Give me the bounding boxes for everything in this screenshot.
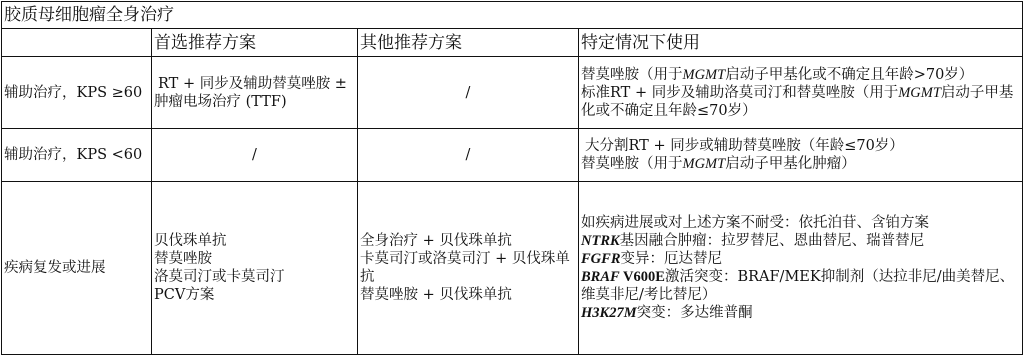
- gene-ntrk: NTRK: [581, 233, 620, 249]
- text: 启动子甲基化肿瘤）: [725, 156, 856, 172]
- gene-mgmt: MGMT: [898, 85, 941, 101]
- cell-specific: 如疾病进展或对上述方案不耐受：依托泊苷、含铂方案 NTRK基因融合肿瘤：拉罗替尼…: [579, 182, 1023, 355]
- gene-braf: BRAF: [581, 269, 620, 285]
- header-specific: 特定情况下使用: [579, 29, 1023, 57]
- header-condition: [2, 29, 152, 57]
- preferred-line: RT + 同步及辅助替莫唑胺 ±: [154, 75, 355, 93]
- cell-condition: 辅助治疗，KPS <60: [2, 129, 152, 182]
- text: 变异：厄达替尼: [621, 251, 723, 267]
- glioblastoma-systemic-therapy-table: 胶质母细胞瘤全身治疗 首选推荐方案 其他推荐方案 特定情况下使用 辅助治疗，KP…: [1, 1, 1023, 355]
- cell-other: /: [358, 129, 579, 182]
- text: 基因融合肿瘤：拉罗替尼、恩曲替尼、瑞普替尼: [620, 233, 925, 249]
- preferred-line: 贝伐珠单抗: [154, 232, 355, 250]
- table-title-row: 胶质母细胞瘤全身治疗: [2, 2, 1023, 29]
- preferred-line: 替莫唑胺: [154, 250, 355, 268]
- preferred-line: 肿瘤电场治疗 (TTF): [154, 93, 355, 111]
- text: 替莫唑胺（用于: [581, 156, 683, 172]
- cell-specific: 替莫唑胺（用于MGMT启动子甲基化或不确定且年龄>70岁） 标准RT + 同步及…: [579, 57, 1023, 129]
- specific-line: 标准RT + 同步及辅助洛莫司汀和替莫唑胺（用于MGMT启动子甲基化或不确定且年…: [581, 84, 1020, 120]
- other-line: 全身治疗 + 贝伐珠单抗: [360, 232, 576, 250]
- braf-mutation: V600E: [620, 269, 665, 285]
- specific-line: 大分割RT + 同步或辅助替莫唑胺（年龄≤70岁）: [581, 137, 1020, 155]
- cell-condition: 辅助治疗，KPS ≥60: [2, 57, 152, 129]
- gene-fgfr: FGFR: [581, 251, 621, 267]
- cell-other: /: [358, 57, 579, 129]
- preferred-line: 洛莫司汀或卡莫司汀: [154, 268, 355, 286]
- specific-line: 替莫唑胺（用于MGMT启动子甲基化肿瘤）: [581, 155, 1020, 173]
- specific-line: H3K27M突变：多达维普酮: [581, 304, 1020, 322]
- condition-text: 辅助治疗，KPS ≥60: [4, 85, 142, 101]
- gene-h3k27m: H3K27M: [581, 305, 637, 321]
- text: 启动子甲基化或不确定且年龄>70岁）: [725, 67, 973, 83]
- other-line: 卡莫司汀或洛莫司汀 + 贝伐珠单抗: [360, 250, 576, 286]
- header-preferred: 首选推荐方案: [152, 29, 358, 57]
- gene-mgmt: MGMT: [683, 67, 726, 83]
- preferred-line: PCV方案: [154, 286, 355, 304]
- gene-mgmt: MGMT: [683, 156, 726, 172]
- cell-condition: 疾病复发或进展: [2, 182, 152, 355]
- table-row: 辅助治疗，KPS ≥60 RT + 同步及辅助替莫唑胺 ± 肿瘤电场治疗 (TT…: [2, 57, 1023, 129]
- text: 标准RT + 同步及辅助洛莫司汀和替莫唑胺（用于: [581, 85, 898, 101]
- table-header-row: 首选推荐方案 其他推荐方案 特定情况下使用: [2, 29, 1023, 57]
- specific-line: NTRK基因融合肿瘤：拉罗替尼、恩曲替尼、瑞普替尼: [581, 232, 1020, 250]
- table-title: 胶质母细胞瘤全身治疗: [2, 2, 1023, 29]
- table-row: 辅助治疗，KPS <60 / / 大分割RT + 同步或辅助替莫唑胺（年龄≤70…: [2, 129, 1023, 182]
- text: 替莫唑胺（用于: [581, 67, 683, 83]
- specific-line: BRAF V600E激活突变：BRAF/MEK抑制剂（达拉非尼/曲美替尼、维莫非…: [581, 268, 1020, 304]
- cell-specific: 大分割RT + 同步或辅助替莫唑胺（年龄≤70岁） 替莫唑胺（用于MGMT启动子…: [579, 129, 1023, 182]
- specific-line: 如疾病进展或对上述方案不耐受：依托泊苷、含铂方案: [581, 214, 1020, 232]
- cell-preferred: /: [152, 129, 358, 182]
- specific-line: FGFR变异：厄达替尼: [581, 250, 1020, 268]
- cell-preferred: 贝伐珠单抗 替莫唑胺 洛莫司汀或卡莫司汀 PCV方案: [152, 182, 358, 355]
- other-line: 替莫唑胺 + 贝伐珠单抗: [360, 286, 576, 304]
- cell-preferred: RT + 同步及辅助替莫唑胺 ± 肿瘤电场治疗 (TTF): [152, 57, 358, 129]
- header-other: 其他推荐方案: [358, 29, 579, 57]
- cell-other: 全身治疗 + 贝伐珠单抗 卡莫司汀或洛莫司汀 + 贝伐珠单抗 替莫唑胺 + 贝伐…: [358, 182, 579, 355]
- text: 突变：多达维普酮: [637, 305, 753, 321]
- table-row: 疾病复发或进展 贝伐珠单抗 替莫唑胺 洛莫司汀或卡莫司汀 PCV方案 全身治疗 …: [2, 182, 1023, 355]
- specific-line: 替莫唑胺（用于MGMT启动子甲基化或不确定且年龄>70岁）: [581, 66, 1020, 84]
